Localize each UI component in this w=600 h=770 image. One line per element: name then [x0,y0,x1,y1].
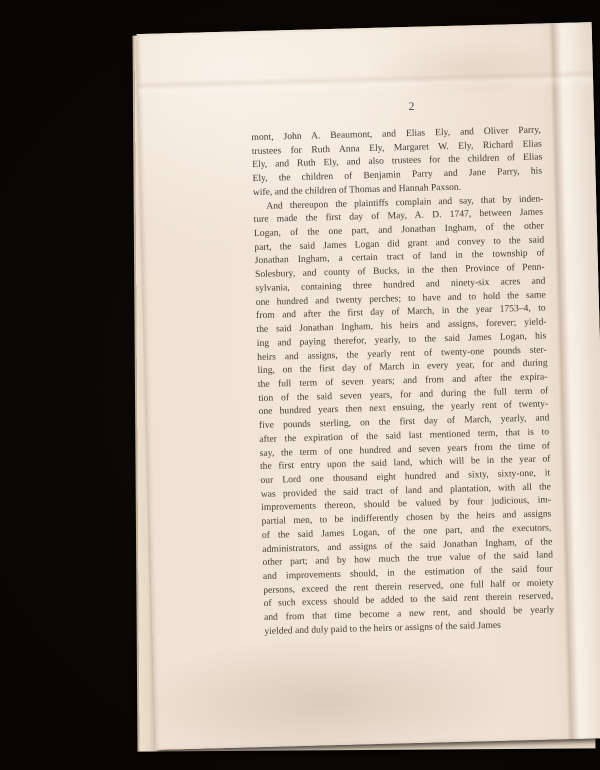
photo-background: 2 mont, John A. Beaumont, and Elias Ely,… [0,0,600,770]
scanned-page: 2 mont, John A. Beaumont, and Elias Ely,… [137,22,600,750]
page-text: mont, John A. Beaumont, and Elias Ely, a… [251,124,554,639]
page-number: 2 [409,101,416,113]
